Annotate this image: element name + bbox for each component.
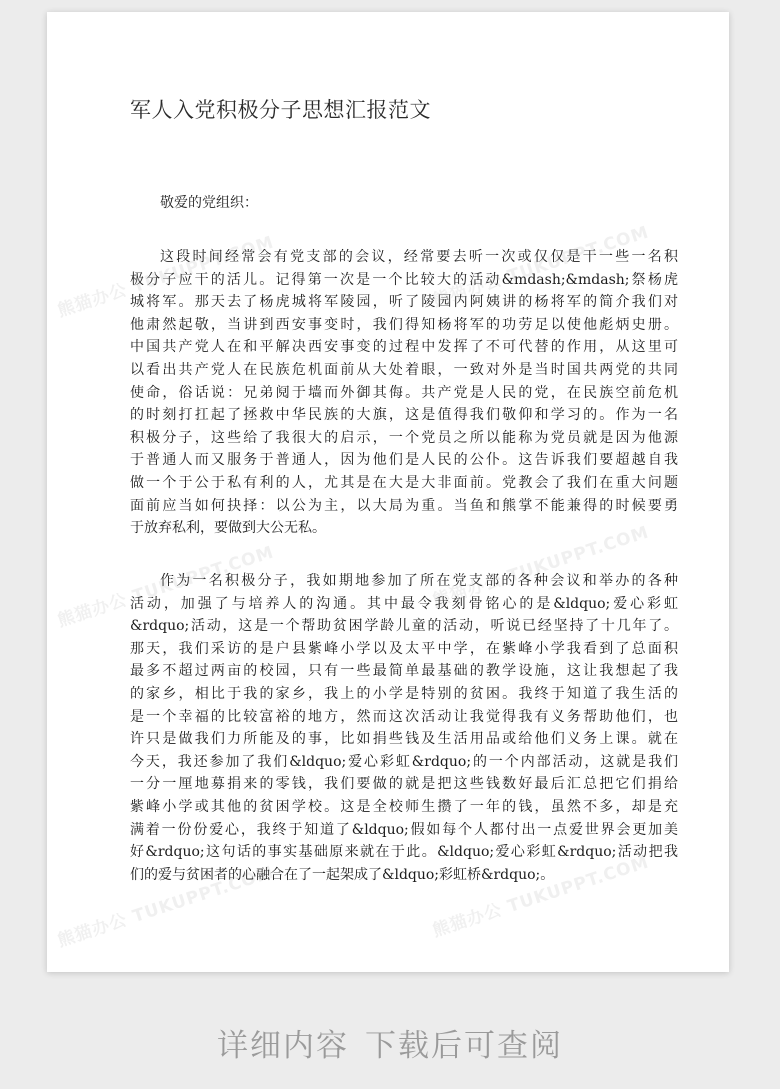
- paragraph-line: 以看出共产党人在民族危机面前从大处着眼，一致对外是当时国共两党的共同: [130, 359, 678, 382]
- document-title: 军人入党积极分子思想汇报范文: [130, 94, 431, 124]
- download-hint: 详细内容下载后可查阅: [0, 1020, 780, 1065]
- paragraph-line: 极分子应干的活儿。记得第一次是一个比较大的活动&mdash;&mdash;祭杨虎: [130, 269, 678, 292]
- download-hint-left: 详细内容: [217, 1028, 349, 1064]
- paragraph-line: 活动，加强了与培养人的沟通。其中最令我刻骨铭心的是&ldquo;爱心彩虹: [130, 593, 678, 616]
- paragraph-line: 于放弃私利，要做到大公无私。: [130, 517, 678, 540]
- paragraph-line: 最多不超过两亩的校园，只有一些最简单最基础的教学设施，这让我想起了我: [130, 660, 678, 683]
- paragraph-line: 的家乡，相比于我的家乡，我上的小学是特别的贫困。我终于知道了我生活的: [130, 683, 678, 706]
- paragraph-line: 城将军。那天去了杨虎城将军陵园，听了陵园内阿姨讲的杨将军的简介我们对: [130, 291, 678, 314]
- paragraph-line: 使命，俗话说：兄弟阋于墙而外御其侮。共产党是人民的党，在民族空前危机: [130, 382, 678, 405]
- paragraph-line: 他肃然起敬，当讲到西安事变时，我们得知杨将军的功劳足以使他彪炳史册。: [130, 314, 678, 337]
- paragraph-line: 们的爱与贫困者的心融合在了一起架成了&ldquo;彩虹桥&rdquo;。: [130, 864, 678, 887]
- paragraph-2: 作为一名积极分子，我如期地参加了所在党支部的各种会议和举办的各种 活动，加强了与…: [130, 570, 678, 886]
- paragraph-line: 面前应当如何抉择：以公为主，以大局为重。当鱼和熊掌不能兼得的时候要勇: [130, 495, 678, 518]
- paragraph-line: 满着一份份爱心，我终于知道了&ldquo;假如每个人都付出一点爱世界会更加美: [130, 819, 678, 842]
- paragraph-line: 一分一厘地募捐来的零钱，我们要做的就是把这些钱数好最后汇总把它们捐给: [130, 773, 678, 796]
- paragraph-line: 好&rdquo;这句话的事实基础原来就在于此。&ldquo;爱心彩虹&rdquo…: [130, 841, 678, 864]
- paragraph-line: 是一个幸福的比较富裕的地方，然而这次活动让我觉得我有义务帮助他们，也: [130, 706, 678, 729]
- paragraph-line: 中国共产党人在和平解决西安事变的过程中发挥了不可代替的作用，从这里可: [130, 336, 678, 359]
- download-hint-right: 下载后可查阅: [365, 1028, 563, 1064]
- paragraph-line: 积极分子，这些给了我很大的启示，一个党员之所以能称为党员就是因为他源: [130, 427, 678, 450]
- paragraph-line: 那天，我们采访的是户县紫峰小学以及太平中学，在紫峰小学我看到了总面积: [130, 638, 678, 661]
- paragraph-line: 的时刻打扛起了拯救中华民族的大旗，这是值得我们敬仰和学习的。作为一名: [130, 404, 678, 427]
- paragraph-line: 做一个于公于私有利的人，尤其是在大是大非面前。党教会了我们在重大问题: [130, 472, 678, 495]
- salutation: 敬爱的党组织：: [160, 192, 258, 212]
- paragraph-line: 这段时间经常会有党支部的会议，经常要去听一次或仅仅是干一些一名积: [130, 246, 678, 269]
- paragraph-line: 今天，我还参加了我们&ldquo;爱心彩虹&rdquo;的一个内部活动，这就是我…: [130, 751, 678, 774]
- paragraph-1: 这段时间经常会有党支部的会议，经常要去听一次或仅仅是干一些一名积 极分子应干的活…: [130, 246, 678, 540]
- paragraph-line: 于普通人而又服务于普通人，因为他们是人民的公仆。这告诉我们要超越自我: [130, 449, 678, 472]
- paragraph-line: &rdquo;活动，这是一个帮助贫困学龄儿童的活动，听说已经坚持了十几年了。: [130, 615, 678, 638]
- paragraph-line: 作为一名积极分子，我如期地参加了所在党支部的各种会议和举办的各种: [130, 570, 678, 593]
- document-page: 军人入党积极分子思想汇报范文 敬爱的党组织： 这段时间经常会有党支部的会议，经常…: [47, 12, 729, 972]
- paragraph-line: 许只是做我们力所能及的事，比如捐些钱及生活用品或给他们义务上课。就在: [130, 728, 678, 751]
- paragraph-line: 紫峰小学或其他的贫困学校。这是全校师生攒了一年的钱，虽然不多，却是充: [130, 796, 678, 819]
